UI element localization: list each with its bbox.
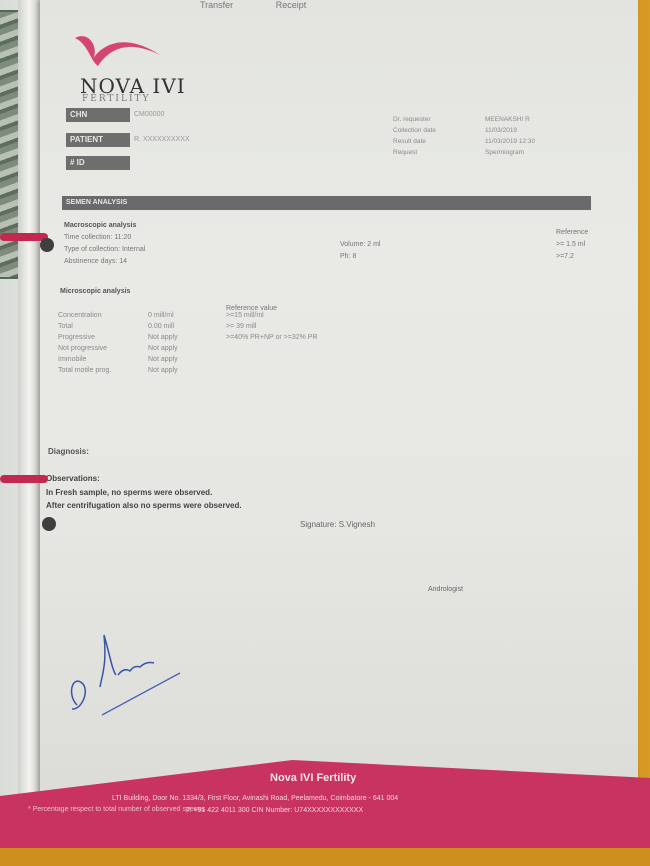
table-row: Not progressiveNot apply — [58, 345, 318, 356]
table-row: ImmobileNot apply — [58, 356, 318, 367]
macro-ref-heading: Reference — [556, 229, 588, 236]
row-label: Total motile prog. — [58, 367, 148, 378]
observation-line: In Fresh sample, no sperms were observed… — [46, 488, 212, 497]
footer-title: Nova IVI Fertility — [270, 772, 356, 784]
macro-ref-value: >=7.2 — [556, 253, 574, 260]
row-label: Progressive — [58, 334, 148, 345]
row-label: Total — [58, 323, 148, 334]
meta-value: 11/03/2019 12:30 — [485, 138, 535, 149]
row-label: Concentration — [58, 312, 148, 323]
macro-line: Abstinence days: 14 — [64, 258, 127, 265]
meta-label: Dr. requester — [393, 116, 485, 127]
table-surface — [0, 848, 650, 866]
signature-label: Signature: S.Vignesh — [300, 520, 375, 529]
footer-contact: T: +91 422 4011 300 CIN Number: U74XXXXX… — [186, 807, 363, 814]
punch-hole — [40, 238, 54, 252]
meta-value: MEENAKSHI R — [485, 116, 530, 127]
meta-value: Spermiogram — [485, 149, 524, 160]
report-meta: Dr. requesterMEENAKSHI R Collection date… — [393, 116, 535, 160]
chn-label: CHN — [66, 108, 130, 122]
volume: Volume: 2 ml — [340, 241, 380, 248]
ph: Ph: 8 — [340, 253, 356, 260]
row-ref: >=15 mill/ml — [226, 312, 264, 323]
chn-value: CM00000 — [134, 111, 164, 118]
observations-label: Observations: — [46, 474, 100, 483]
meta-label: Collection date — [393, 127, 485, 138]
meta-label: Result date — [393, 138, 485, 149]
row-value: Not apply — [148, 334, 226, 345]
section-title: SEMEN ANALYSIS — [62, 196, 591, 210]
table-row: Total motile prog.Not apply — [58, 367, 318, 378]
row-value: Not apply — [148, 356, 226, 367]
row-ref: >= 39 mill — [226, 323, 256, 334]
top-strip: Transfer Receipt — [200, 0, 346, 12]
top-strip-item: Receipt — [276, 0, 307, 10]
binder-ring — [0, 475, 48, 483]
row-value: Not apply — [148, 345, 226, 356]
micro-ref-heading: Reference value — [226, 305, 277, 312]
patient-label: PATIENT — [66, 133, 130, 147]
row-ref: >=40% PR+NP or >=32% PR — [226, 334, 318, 345]
table-row: ProgressiveNot apply>=40% PR+NP or >=32%… — [58, 334, 318, 345]
diagnosis-label: Diagnosis: — [48, 447, 89, 456]
row-label: Not progressive — [58, 345, 148, 356]
binder-edge — [18, 0, 40, 866]
table-row: Total0.00 mill>= 39 mill — [58, 323, 318, 334]
macro-line: Time collection: 11:20 — [64, 234, 131, 241]
footer-note: * Percentage respect to total number of … — [28, 806, 205, 813]
meta-label: Request — [393, 149, 485, 160]
top-strip-item: Transfer — [200, 0, 233, 10]
macro-ref-value: >= 1.5 ml — [556, 241, 585, 248]
row-value: 0.00 mill — [148, 323, 226, 334]
logo-swoosh-icon — [70, 30, 170, 76]
report-paper — [40, 0, 638, 866]
andrologist-role: Andrologist — [428, 586, 463, 593]
microscopic-heading: Microscopic analysis — [60, 288, 130, 295]
microscopic-table: Concentration0 mill/ml>=15 mill/ml Total… — [58, 312, 318, 378]
patient-value: R. XXXXXXXXXX — [134, 136, 190, 143]
id-label: # ID — [66, 156, 130, 170]
row-value: Not apply — [148, 367, 226, 378]
logo-subtitle: FERTILITY — [82, 94, 150, 104]
handwritten-signature-icon — [62, 625, 192, 720]
meta-value: 11/03/2019 — [485, 127, 517, 138]
observation-line: After centrifugation also no sperms were… — [46, 501, 242, 510]
row-label: Immobile — [58, 356, 148, 367]
row-value: 0 mill/ml — [148, 312, 226, 323]
punch-hole — [42, 517, 56, 531]
macro-line: Type of collection: Internal — [64, 246, 145, 253]
table-row: Concentration0 mill/ml>=15 mill/ml — [58, 312, 318, 323]
footer-address: LTI Building, Door No. 1334/3, First Flo… — [112, 795, 398, 802]
macroscopic-heading: Macroscopic analysis — [64, 222, 136, 229]
